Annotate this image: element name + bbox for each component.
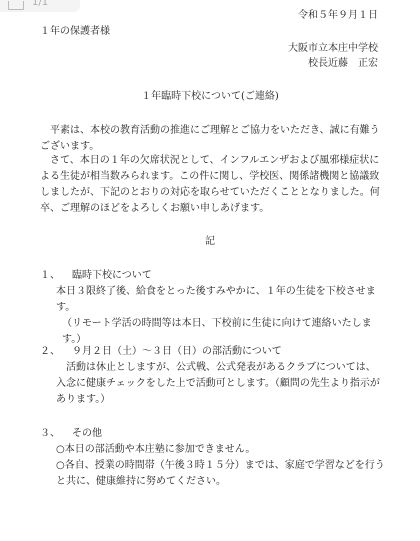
item-line: ○各自、授業の時間帯（午後３時１５分）までは、家庭で学習などを行うと共に、健康維… (56, 458, 385, 490)
sender-principal: 校長 近藤 正宏 (288, 56, 378, 72)
item-line: 活動は休止としますが、公式戦、公式発表があるクラブについては、入念に健康チェック… (56, 360, 385, 408)
item-heading: 臨時下校について (72, 268, 152, 284)
item-number: １、 (40, 268, 72, 284)
sender-role: 校長 (288, 56, 328, 72)
greeting-paragraph: 平素は、本校の教育活動の推進にご理解とご協力をいただき、誠に有難うございます。 (40, 123, 380, 155)
item-number: ３、 (40, 426, 72, 442)
item-line: 本日３限終了後、給食をとった後すみやかに、１年の生徒を下校させます。 (56, 284, 385, 316)
item-number: ２、 (40, 344, 72, 360)
item-heading: ９月２日（土）～３日（日）の部活動について (72, 344, 282, 360)
item-line: ○本日の部活動や本庄塾に参加できません。 (56, 442, 385, 458)
situation-paragraph: さて、本日の１年の欠席状況として、インフルエンザおよび風邪様症状による生徒が相当… (40, 153, 380, 217)
letter-date: 令和５年９月１日 (298, 8, 378, 24)
sender-school: 大阪市立本庄中学校 (288, 41, 378, 57)
ki-heading: 記 (0, 234, 420, 250)
addressee: １年の保護者様 (40, 24, 110, 40)
page-icon (8, 1, 24, 10)
item-heading: その他 (72, 426, 102, 442)
sender-name: 近藤 正宏 (328, 56, 378, 72)
notice-item-2: ２、 ９月２日（土）～３日（日）の部活動について 活動は休止としますが、公式戦、… (40, 344, 385, 408)
page-count: 1/1 (32, 0, 48, 11)
letter-title: １年臨時下校について(ご連絡) (0, 89, 420, 105)
page-indicator: 1/1 (0, 0, 80, 12)
notice-item-3: ３、 その他 ○本日の部活動や本庄塾に参加できません。 ○各自、授業の時間帯（午… (40, 426, 385, 490)
notice-item-1: １、 臨時下校について 本日３限終了後、給食をとった後すみやかに、１年の生徒を下… (40, 268, 385, 348)
